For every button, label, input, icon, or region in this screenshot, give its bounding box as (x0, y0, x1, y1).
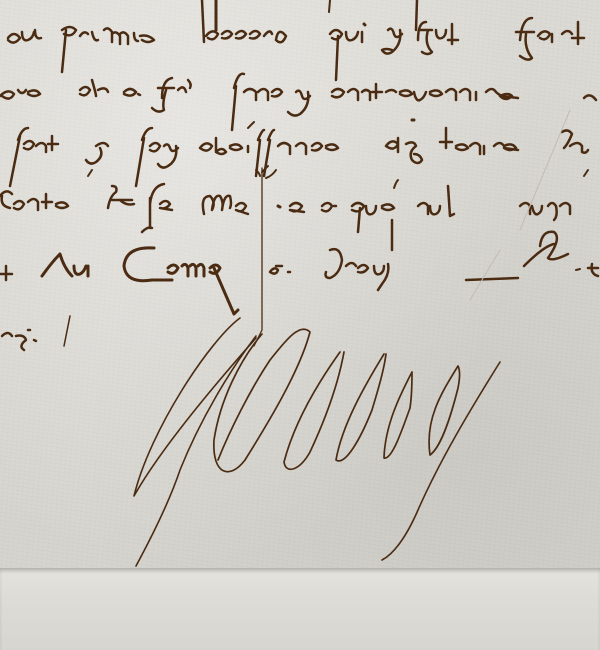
top-ascenders (216, 0, 417, 30)
manuscript-page: au premier accord qui y fut faict bre de… (0, 0, 600, 650)
line-5-strokes (0, 220, 598, 314)
line-2-strokes (0, 74, 596, 130)
long-descender (254, 168, 262, 346)
line-3-strokes (10, 120, 588, 186)
line-4-strokes (0, 166, 588, 232)
handwriting-layer (0, 0, 600, 650)
autograph-signature (134, 318, 500, 566)
line-6-strokes (2, 316, 70, 350)
line-1-strokes (8, 0, 584, 80)
